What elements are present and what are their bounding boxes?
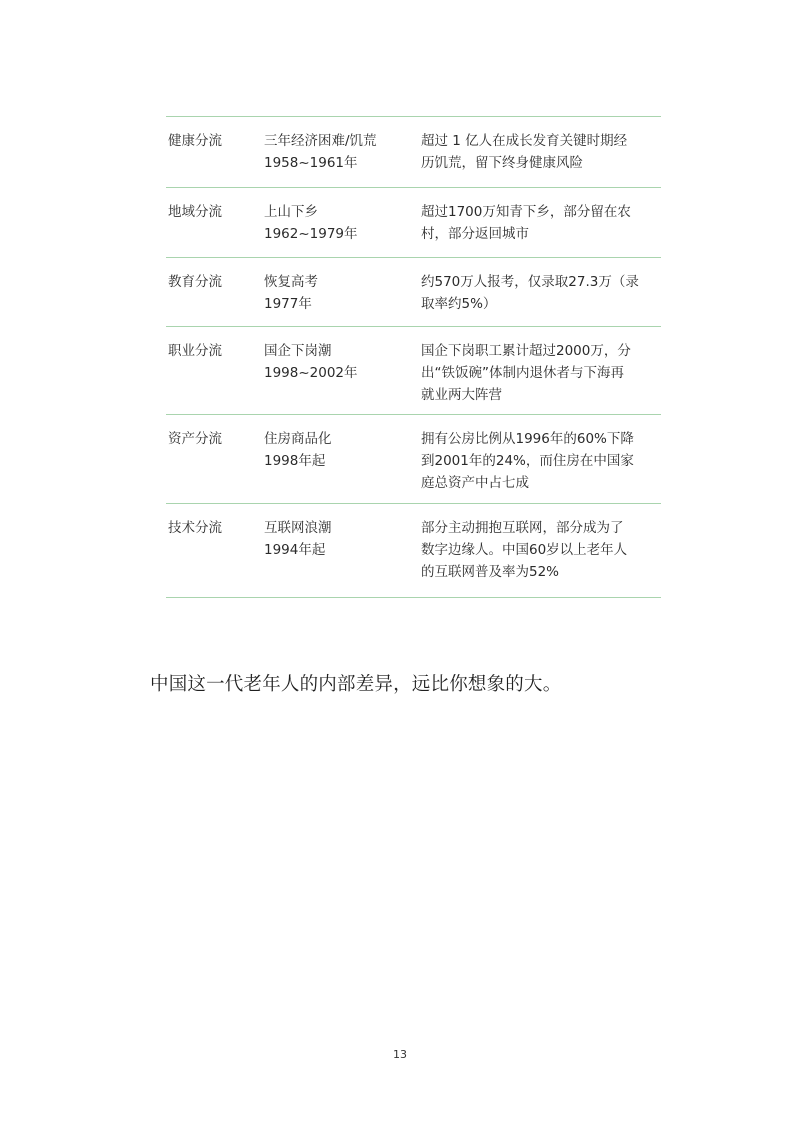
description-line: 超过1700万知青下乡，部分留在农 <box>421 201 661 223</box>
row-event: 恢复高考 1977年 <box>264 271 414 315</box>
row-event: 国企下岗潮 1998~2002年 <box>264 340 414 384</box>
row-description: 部分主动拥抱互联网，部分成为了 数字边缘人。中国60岁以上老年人 的互联网普及率… <box>421 517 661 583</box>
row-event: 上山下乡 1962~1979年 <box>264 201 414 245</box>
table-row-education: 教育分流 恢复高考 1977年 约570万人报考，仅录取27.3万（录 取率约5… <box>166 258 661 327</box>
description-line: 数字边缘人。中国60岁以上老年人 <box>421 539 661 561</box>
event-period: 1998~2002年 <box>264 362 414 384</box>
row-description: 国企下岗职工累计超过2000万，分 出“铁饭碗”体制内退休者与下海再 就业两大阵… <box>421 340 661 406</box>
row-category: 教育分流 <box>168 271 258 293</box>
row-description: 拥有公房比例从1996年的60%下降 到2001年的24%，而住房在中国家 庭总… <box>421 428 661 494</box>
diversion-table: 健康分流 三年经济困难/饥荒 1958~1961年 超过 1 亿人在成长发育关键… <box>166 116 661 598</box>
event-period: 1994年起 <box>264 539 414 561</box>
row-category: 技术分流 <box>168 517 258 539</box>
event-name: 三年经济困难/饥荒 <box>264 130 414 152</box>
row-description: 超过 1 亿人在成长发育关键时期经 历饥荒，留下终身健康风险 <box>421 130 661 174</box>
event-period: 1962~1979年 <box>264 223 414 245</box>
event-name: 住房商品化 <box>264 428 414 450</box>
page-number: 13 <box>0 1048 800 1061</box>
table-row-region: 地域分流 上山下乡 1962~1979年 超过1700万知青下乡，部分留在农 村… <box>166 188 661 258</box>
row-event: 三年经济困难/饥荒 1958~1961年 <box>264 130 414 174</box>
description-line: 拥有公房比例从1996年的60%下降 <box>421 428 661 450</box>
table-row-assets: 资产分流 住房商品化 1998年起 拥有公房比例从1996年的60%下降 到20… <box>166 415 661 504</box>
row-category: 健康分流 <box>168 130 258 152</box>
event-period: 1998年起 <box>264 450 414 472</box>
description-line: 约570万人报考，仅录取27.3万（录 <box>421 271 661 293</box>
description-line: 国企下岗职工累计超过2000万，分 <box>421 340 661 362</box>
description-line: 村，部分返回城市 <box>421 223 661 245</box>
table-row-occupation: 职业分流 国企下岗潮 1998~2002年 国企下岗职工累计超过2000万，分 … <box>166 327 661 415</box>
row-event: 互联网浪潮 1994年起 <box>264 517 414 561</box>
row-event: 住房商品化 1998年起 <box>264 428 414 472</box>
event-name: 国企下岗潮 <box>264 340 414 362</box>
description-line: 就业两大阵营 <box>421 384 661 406</box>
description-line: 出“铁饭碗”体制内退休者与下海再 <box>421 362 661 384</box>
conclusion-text: 中国这一代老年人的内部差异，远比你想象的大。 <box>150 670 561 696</box>
description-line: 超过 1 亿人在成长发育关键时期经 <box>421 130 661 152</box>
event-period: 1977年 <box>264 293 414 315</box>
row-category: 资产分流 <box>168 428 258 450</box>
table-row-technology: 技术分流 互联网浪潮 1994年起 部分主动拥抱互联网，部分成为了 数字边缘人。… <box>166 504 661 598</box>
event-name: 恢复高考 <box>264 271 414 293</box>
description-line: 取率约5%） <box>421 293 661 315</box>
row-description: 超过1700万知青下乡，部分留在农 村，部分返回城市 <box>421 201 661 245</box>
event-period: 1958~1961年 <box>264 152 414 174</box>
description-line: 庭总资产中占七成 <box>421 472 661 494</box>
event-name: 上山下乡 <box>264 201 414 223</box>
description-line: 部分主动拥抱互联网，部分成为了 <box>421 517 661 539</box>
event-name: 互联网浪潮 <box>264 517 414 539</box>
description-line: 到2001年的24%，而住房在中国家 <box>421 450 661 472</box>
row-category: 职业分流 <box>168 340 258 362</box>
description-line: 的互联网普及率为52% <box>421 561 661 583</box>
table-row-health: 健康分流 三年经济困难/饥荒 1958~1961年 超过 1 亿人在成长发育关键… <box>166 117 661 188</box>
row-category: 地域分流 <box>168 201 258 223</box>
row-description: 约570万人报考，仅录取27.3万（录 取率约5%） <box>421 271 661 315</box>
description-line: 历饥荒，留下终身健康风险 <box>421 152 661 174</box>
